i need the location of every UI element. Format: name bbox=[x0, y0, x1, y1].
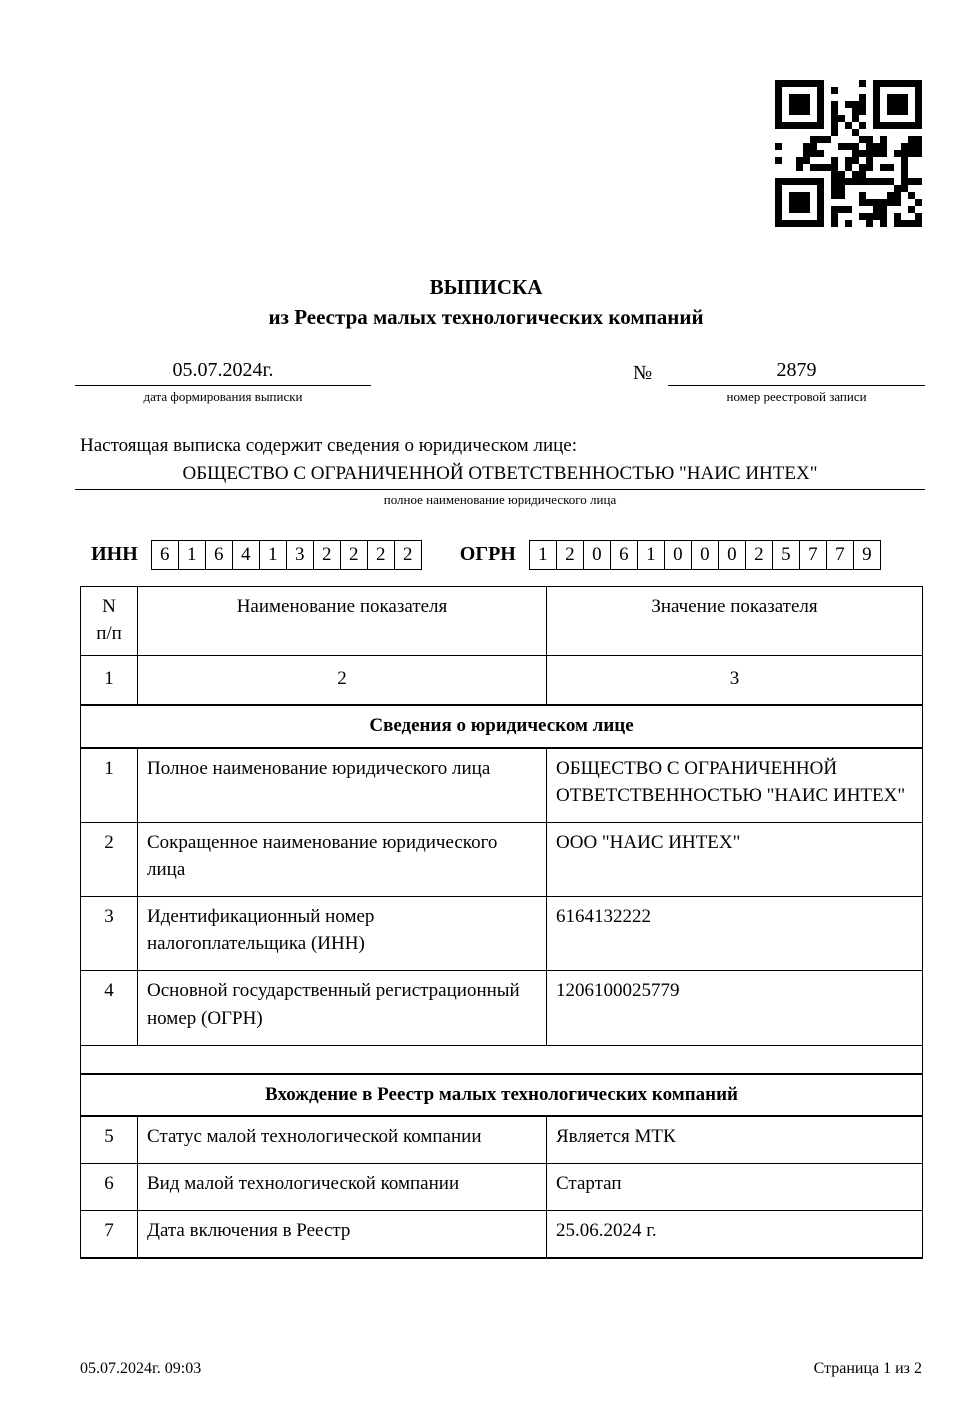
ogrn-digit-box: 0 bbox=[691, 540, 719, 570]
qr-code bbox=[775, 80, 922, 227]
header-num: N п/п bbox=[81, 586, 138, 655]
codes-row: ИНН 6164132222 ОГРН 1206100025779 bbox=[0, 540, 972, 570]
row-number-cell: 3 bbox=[81, 897, 138, 971]
inn-group: ИНН 6164132222 bbox=[91, 540, 422, 570]
intro-text: Настоящая выписка содержит сведения о юр… bbox=[80, 435, 925, 457]
indicators-table: N п/п Наименование показателя Значение п… bbox=[80, 586, 923, 1260]
page-footer: 05.07.2024г. 09:03 Страница 1 из 2 bbox=[80, 1360, 922, 1378]
inn-digit-box: 3 bbox=[286, 540, 314, 570]
ogrn-digit-box: 7 bbox=[799, 540, 827, 570]
indicator-name-cell: Статус малой технологической компании bbox=[138, 1116, 547, 1164]
indicator-value-cell: 25.06.2024 г. bbox=[547, 1211, 923, 1259]
indicator-name-cell: Полное наименование юридического лица bbox=[138, 748, 547, 823]
ogrn-digit-box: 9 bbox=[853, 540, 881, 570]
inn-digit-box: 6 bbox=[151, 540, 179, 570]
row-number-cell: 1 bbox=[81, 748, 138, 823]
table-header-row: N п/п Наименование показателя Значение п… bbox=[81, 586, 923, 655]
table-row: 3Идентификационный номер налогоплательщи… bbox=[81, 897, 923, 971]
inn-digit-box: 6 bbox=[205, 540, 233, 570]
indicator-value-cell: Является МТК bbox=[547, 1116, 923, 1164]
column-number: 2 bbox=[138, 656, 547, 706]
inn-label: ИНН bbox=[91, 543, 138, 566]
company-name-field: ОБЩЕСТВО С ОГРАНИЧЕННОЙ ОТВЕТСТВЕННОСТЬЮ… bbox=[75, 463, 925, 508]
row-number-cell: 5 bbox=[81, 1116, 138, 1164]
ogrn-digit-box: 2 bbox=[745, 540, 773, 570]
ogrn-digit-box: 0 bbox=[583, 540, 611, 570]
ogrn-digit-box: 6 bbox=[610, 540, 638, 570]
row-number-cell: 4 bbox=[81, 971, 138, 1045]
header-fields: 05.07.2024г. дата формирования выписки №… bbox=[75, 359, 925, 405]
title-line-1: ВЫПИСКА bbox=[0, 272, 972, 302]
indicator-value-cell: 1206100025779 bbox=[547, 971, 923, 1045]
ogrn-digit-box: 7 bbox=[826, 540, 854, 570]
inn-digit-box: 4 bbox=[232, 540, 260, 570]
inn-digit-box: 2 bbox=[313, 540, 341, 570]
table-row: 7Дата включения в Реестр25.06.2024 г. bbox=[81, 1211, 923, 1259]
table-row: 6Вид малой технологической компанииСтарт… bbox=[81, 1164, 923, 1211]
header-indicator-value: Значение показателя bbox=[547, 586, 923, 655]
document-page: ВЫПИСКА из Реестра малых технологических… bbox=[0, 0, 972, 1422]
column-number: 3 bbox=[547, 656, 923, 706]
table-row: 5Статус малой технологической компанииЯв… bbox=[81, 1116, 923, 1164]
indicator-value-cell: Стартап bbox=[547, 1164, 923, 1211]
ogrn-label: ОГРН bbox=[460, 543, 516, 566]
ogrn-digit-box: 1 bbox=[637, 540, 665, 570]
indicator-name-cell: Сокращенное наименование юридического ли… bbox=[138, 822, 547, 896]
table-spacer-row bbox=[81, 1045, 923, 1074]
registry-number-field: № 2879 номер реестровой записи bbox=[633, 359, 925, 405]
company-name-label: полное наименование юридического лица bbox=[75, 490, 925, 508]
inn-digit-box: 2 bbox=[367, 540, 395, 570]
section-header-row: Сведения о юридическом лице bbox=[81, 705, 923, 747]
ogrn-group: ОГРН 1206100025779 bbox=[460, 540, 881, 570]
qr-code-image bbox=[775, 80, 922, 227]
ogrn-digit-box: 1 bbox=[529, 540, 557, 570]
extract-date-field: 05.07.2024г. дата формирования выписки bbox=[75, 359, 371, 405]
inn-digit-box: 1 bbox=[259, 540, 287, 570]
section-title: Сведения о юридическом лице bbox=[81, 705, 923, 747]
ogrn-digit-box: 5 bbox=[772, 540, 800, 570]
title-line-2: из Реестра малых технологических компани… bbox=[0, 302, 972, 332]
indicator-name-cell: Вид малой технологической компании bbox=[138, 1164, 547, 1211]
ogrn-digit-box: 2 bbox=[556, 540, 584, 570]
footer-datetime: 05.07.2024г. 09:03 bbox=[80, 1360, 201, 1378]
row-number-cell: 6 bbox=[81, 1164, 138, 1211]
indicator-value-cell: ООО "НАИС ИНТЕХ" bbox=[547, 822, 923, 896]
table-row: 4Основной государственный регистрационны… bbox=[81, 971, 923, 1045]
section-title: Вхождение в Реестр малых технологических… bbox=[81, 1074, 923, 1116]
spacer-cell bbox=[81, 1045, 923, 1074]
section-header-row: Вхождение в Реестр малых технологических… bbox=[81, 1074, 923, 1116]
inn-digit-box: 1 bbox=[178, 540, 206, 570]
indicator-name-cell: Идентификационный номер налогоплательщик… bbox=[138, 897, 547, 971]
table-row: 2Сокращенное наименование юридического л… bbox=[81, 822, 923, 896]
ogrn-digit-box: 0 bbox=[664, 540, 692, 570]
column-numbers-row: 1 2 3 bbox=[81, 656, 923, 706]
header-indicator-name: Наименование показателя bbox=[138, 586, 547, 655]
registry-number-value: 2879 bbox=[668, 359, 925, 386]
footer-page-number: Страница 1 из 2 bbox=[814, 1360, 922, 1378]
inn-digit-box: 2 bbox=[340, 540, 368, 570]
table-row: 1Полное наименование юридического лицаОБ… bbox=[81, 748, 923, 823]
indicator-value-cell: ОБЩЕСТВО С ОГРАНИЧЕННОЙ ОТВЕТСТВЕННОСТЬЮ… bbox=[547, 748, 923, 823]
extract-date-label: дата формирования выписки bbox=[75, 386, 371, 405]
inn-digit-boxes: 6164132222 bbox=[151, 540, 422, 570]
ogrn-digit-box: 0 bbox=[718, 540, 746, 570]
company-full-name: ОБЩЕСТВО С ОГРАНИЧЕННОЙ ОТВЕТСТВЕННОСТЬЮ… bbox=[75, 463, 925, 490]
inn-digit-box: 2 bbox=[394, 540, 422, 570]
indicator-value-cell: 6164132222 bbox=[547, 897, 923, 971]
ogrn-digit-boxes: 1206100025779 bbox=[529, 540, 881, 570]
indicator-name-cell: Основной государственный регистрационный… bbox=[138, 971, 547, 1045]
registry-number-label: номер реестровой записи bbox=[668, 386, 925, 405]
row-number-cell: 7 bbox=[81, 1211, 138, 1259]
row-number-cell: 2 bbox=[81, 822, 138, 896]
number-sign: № bbox=[633, 359, 668, 385]
column-number: 1 bbox=[81, 656, 138, 706]
indicator-name-cell: Дата включения в Реестр bbox=[138, 1211, 547, 1259]
extract-date-value: 05.07.2024г. bbox=[75, 359, 371, 386]
